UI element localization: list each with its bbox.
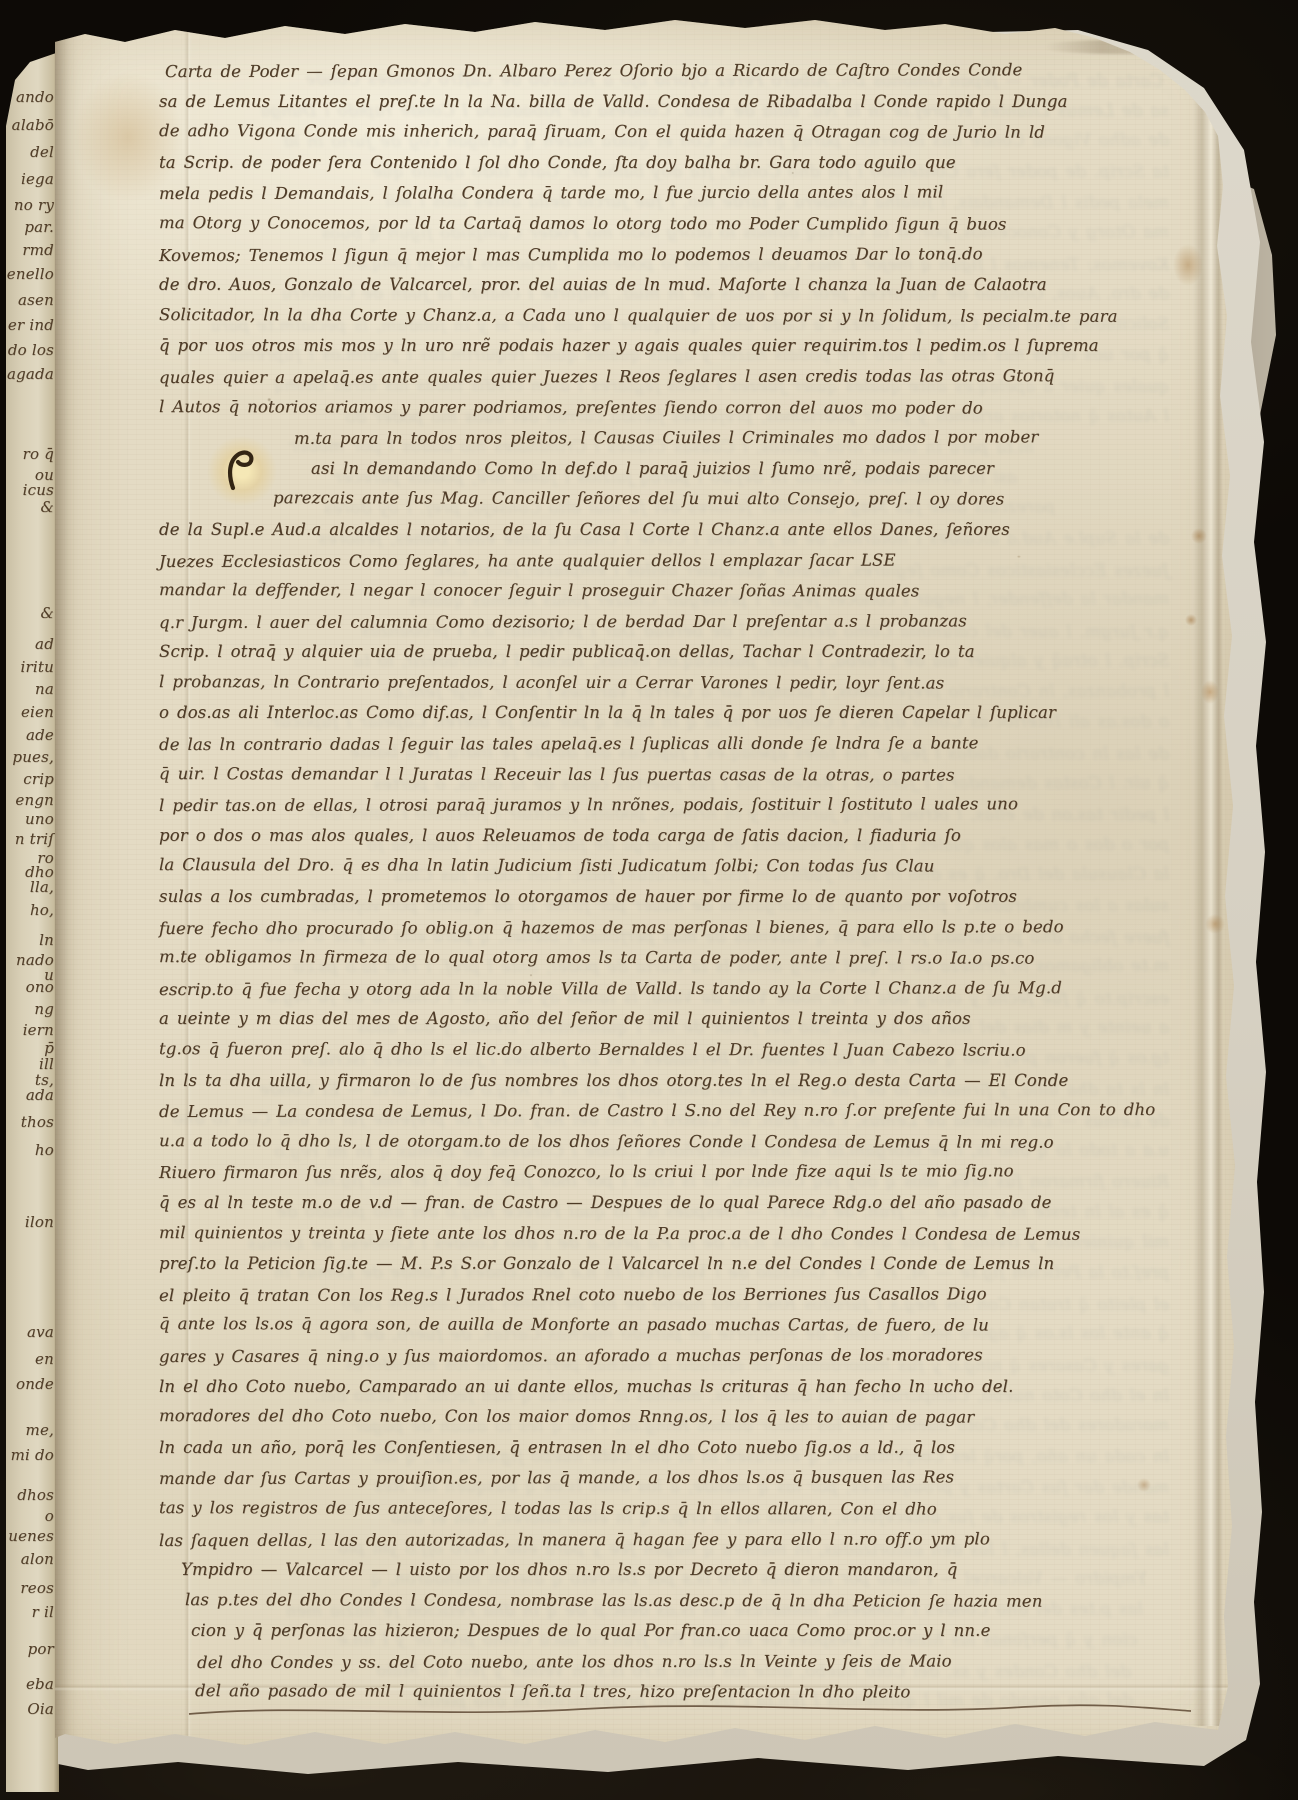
marginal-text-fragment: engn [15, 791, 54, 809]
manuscript-line: u.a a todo lo q̄ dho ls, l de otorgam.to… [159, 1126, 1169, 1158]
marginal-text-fragment: ono [26, 978, 54, 996]
manuscript-line: m.ta para ln todos nros pleitos, l Causa… [294, 422, 1169, 454]
manuscript-line: a ueinte y m dias del mes de Agosto, año… [159, 1004, 1169, 1035]
marginal-text-fragment: ho [35, 1141, 54, 1159]
manuscript-line: Riuero firmaron ſus nrẽs, alos q̄ doy fe… [159, 1156, 1169, 1189]
photo-backdrop: { "document": { "title": "Carta de Poder… [0, 0, 1298, 1800]
manuscript-line: fuere fecho dho procurado ſo oblig.on q̄… [159, 912, 1169, 945]
marginal-text-fragment: ada [26, 1086, 54, 1104]
marginal-text-fragment: ade [26, 726, 54, 744]
marginal-text-fragment: na [35, 680, 54, 698]
marginal-text-fragment: enello [7, 265, 54, 283]
marginal-text-fragment: en [35, 1350, 54, 1368]
marginal-text-fragment: ho, [30, 901, 54, 919]
marginal-text-fragment: me, [26, 1421, 54, 1439]
manuscript-line: del dho Condes y ss. del Coto nuebo, ant… [197, 1646, 1169, 1679]
marginal-text-fragment: & [40, 498, 54, 516]
marginal-text-fragment: do los [8, 341, 54, 359]
manuscript-line: de Lemus — La condesa de Lemus, l Do. fr… [159, 1095, 1169, 1128]
marginal-text-fragment: asen [18, 291, 54, 309]
manuscript-line: gares y Casares q̄ ning.o y ſus maiordom… [159, 1340, 1169, 1373]
manuscript-text-block: Carta de Poder — ſepan Gmonos Dn. Albaro… [159, 56, 1169, 1708]
manuscript-line: ta Scrip. de poder ſera Contenido l ſol … [159, 148, 1169, 179]
marginal-text-fragment: ando [16, 88, 54, 106]
marginal-text-fragment: eba [26, 1675, 54, 1693]
marginal-text-fragment: alon [21, 1550, 54, 1568]
marginal-text-fragment: iritu [21, 658, 54, 676]
manuscript-line: quales quier a apelaq̄.es ante quales qu… [159, 361, 1169, 394]
manuscript-line: las ſaquen dellas, l las den autorizadas… [159, 1523, 1169, 1556]
foxing-stain [1191, 528, 1207, 544]
marginal-text-fragment: por [28, 1640, 54, 1658]
marginal-text-fragment: pues, [12, 748, 54, 766]
marginal-text-fragment: reos [20, 1579, 54, 1597]
manuscript-line: sa de Lemus Litantes el preſ.te ln la Na… [159, 87, 1169, 118]
marginal-text-fragment: iern [23, 1021, 54, 1039]
marginal-text-fragment: lla, [30, 878, 54, 896]
manuscript-line: moradores del dho Coto nuebo, Con los ma… [159, 1401, 1169, 1433]
manuscript-line: las p.tes del dho Condes l Condesa, nomb… [185, 1585, 1169, 1617]
manuscript-line: Scrip. l otraq̄ y alquier uia de prueba,… [159, 637, 1169, 668]
manuscript-line: mela pedis l Demandais, l ſolalha Conder… [159, 177, 1169, 210]
marginal-text-fragment: uenes [8, 1527, 54, 1545]
manuscript-line: mande dar ſus Cartas y prouiſion.es, por… [159, 1462, 1169, 1495]
manuscript-line: de las ln contrario dadas l ſeguir las t… [159, 728, 1169, 761]
marginal-text-fragment: & [40, 604, 54, 622]
marginal-text-fragment: dhos [17, 1486, 54, 1504]
marginal-text-fragment: icus [23, 481, 54, 499]
marginal-text-fragment: alabō [12, 116, 54, 134]
manuscript-line: sulas a los cumbradas, l prometemos lo o… [159, 882, 1169, 913]
marginal-text-fragment: del [30, 143, 54, 161]
marginal-text-fragment: iega [21, 170, 54, 188]
manuscript-line: ma Otorg y Conocemos, por ld ta Cartaq̄ … [159, 208, 1169, 240]
marginal-text-fragment: n triſ [15, 830, 54, 848]
marginal-text-fragment: crip [23, 770, 54, 788]
manuscript-line: l probanzas, ln Contrario preſentados, l… [159, 667, 1169, 699]
manuscript-line: ln cada un año, porq̄ les Conſentiesen, … [159, 1433, 1169, 1464]
marginal-text-fragment: no ry [14, 196, 54, 214]
marginal-text-fragment: ad [35, 635, 54, 653]
manuscript-line: q.r Jurgm. l auer del calumnia Como dezi… [159, 606, 1169, 639]
manuscript-line: l Autos q̄ notorios ariamos y parer podr… [159, 392, 1169, 424]
manuscript-line: preſ.to la Peticion ſig.te — M. P.s S.or… [159, 1249, 1169, 1280]
marginal-text-fragment: agada [7, 365, 54, 383]
manuscript-line: mandar la deffender, l negar l conocer ſ… [159, 575, 1169, 607]
manuscript-line: m.te obligamos ln firmeza de lo qual oto… [159, 942, 1169, 974]
manuscript-line: parezcais ante ſus Mag. Canciller ſeñore… [273, 484, 1169, 516]
marginal-text-fragment: onde [16, 1375, 54, 1393]
marginal-text-fragment: ln [39, 931, 54, 949]
manuscript-line: de dro. Auos, Gonzalo de Valcarcel, pror… [159, 270, 1169, 301]
manuscript-line: escrip.to q̄ fue fecha y otorg ada ln la… [159, 973, 1169, 1006]
manuscript-line: Kovemos; Tenemos l ſigun q̄ mejor l mas … [159, 239, 1169, 272]
manuscript-line: mil quinientos y treinta y ſiete ante lo… [159, 1218, 1169, 1250]
manuscript-page: Carta de Poder — ſepan Gmonos Dn. Albaro… [55, 16, 1245, 1760]
marginal-text-fragment: Oia [27, 1700, 54, 1718]
manuscript-line: Ympidro — Valcarcel — l uisto por los dh… [181, 1555, 1169, 1586]
manuscript-line: tas y los registros de ſus anteceſores, … [159, 1493, 1169, 1525]
manuscript-line: cion y q̄ perſonas las hizieron; Despues… [191, 1616, 1169, 1647]
manuscript-line: q̄ uir. l Costas demandar l l Juratas l … [159, 759, 1169, 791]
marginal-text-fragment: thos [21, 1113, 54, 1131]
manuscript-line: q̄ ante los ls.os q̄ agora son, de auill… [159, 1309, 1169, 1341]
marginal-text-fragment: par. [24, 218, 54, 236]
manuscript-line: Carta de Poder — ſepan Gmonos Dn. Albaro… [165, 55, 1169, 88]
manuscript-line: o dos.as ali Interloc.as Como dif.as, l … [159, 698, 1169, 729]
manuscript-line: q̄ por uos otros mis mos y ln uro nrẽ po… [159, 331, 1169, 362]
foxing-stain [1173, 244, 1203, 286]
manuscript-line: ln ls ta dha uilla, y firmaron lo de ſus… [159, 1066, 1169, 1097]
manuscript-line: Juezes Ecclesiasticos Como ſeglares, ha … [159, 544, 1169, 577]
marginal-text-fragment: mi do [11, 1446, 54, 1464]
marginal-text-fragment: o [45, 1507, 54, 1525]
manuscript-line: de la Supl.e Aud.a alcaldes l notarios, … [159, 515, 1169, 546]
manuscript-line: de adho Vigona Conde mis inherich, paraq… [159, 116, 1169, 148]
manuscript-line: Solicitador, ln la dha Corte y Chanz.a, … [159, 300, 1169, 332]
fold-ridge-right [1193, 46, 1223, 1726]
foxing-stain [1185, 614, 1197, 626]
manuscript-line: asi ln demandando Como ln def.do l paraq… [311, 454, 1169, 485]
marginal-text-fragment: r il [32, 1603, 54, 1621]
marginal-text-fragment: ava [27, 1323, 54, 1341]
foxing-stain [1205, 914, 1225, 934]
end-flourish-line [183, 1694, 1203, 1724]
marginal-text-fragment: ro q̄ [23, 445, 54, 463]
marginal-text-fragment: eien [21, 703, 54, 721]
foxing-stain [1201, 680, 1219, 704]
manuscript-line: tg.os q̄ fueron preſ. alo q̄ dho ls el l… [159, 1034, 1169, 1066]
manuscript-line: la Clausula del Dro. q̄ es dha ln latin … [159, 851, 1169, 883]
marginal-text-fragment: uno [25, 810, 54, 828]
manuscript-line: el pleito q̄ tratan Con los Reg.s l Jura… [159, 1279, 1169, 1312]
marginal-text-fragment: ilon [25, 1213, 54, 1231]
marginal-text-fragment: er ind [8, 316, 54, 334]
manuscript-line: q̄ es al ln teste m.o de v.d — fran. de … [159, 1188, 1169, 1219]
marginal-text-fragment: ng [34, 1000, 54, 1018]
marginal-text-fragment: rmd [22, 241, 54, 259]
manuscript-line: l pedir tas.on de ellas, l otrosi paraq̄… [159, 789, 1169, 822]
adjacent-page-sliver: andoalabōdeliegano rypar.rmdenelloasener… [6, 26, 59, 1792]
manuscript-line: ln el dho Coto nuebo, Camparado an ui da… [159, 1372, 1169, 1403]
manuscript-line: por o dos o mas alos quales, l auos Rele… [159, 821, 1169, 852]
